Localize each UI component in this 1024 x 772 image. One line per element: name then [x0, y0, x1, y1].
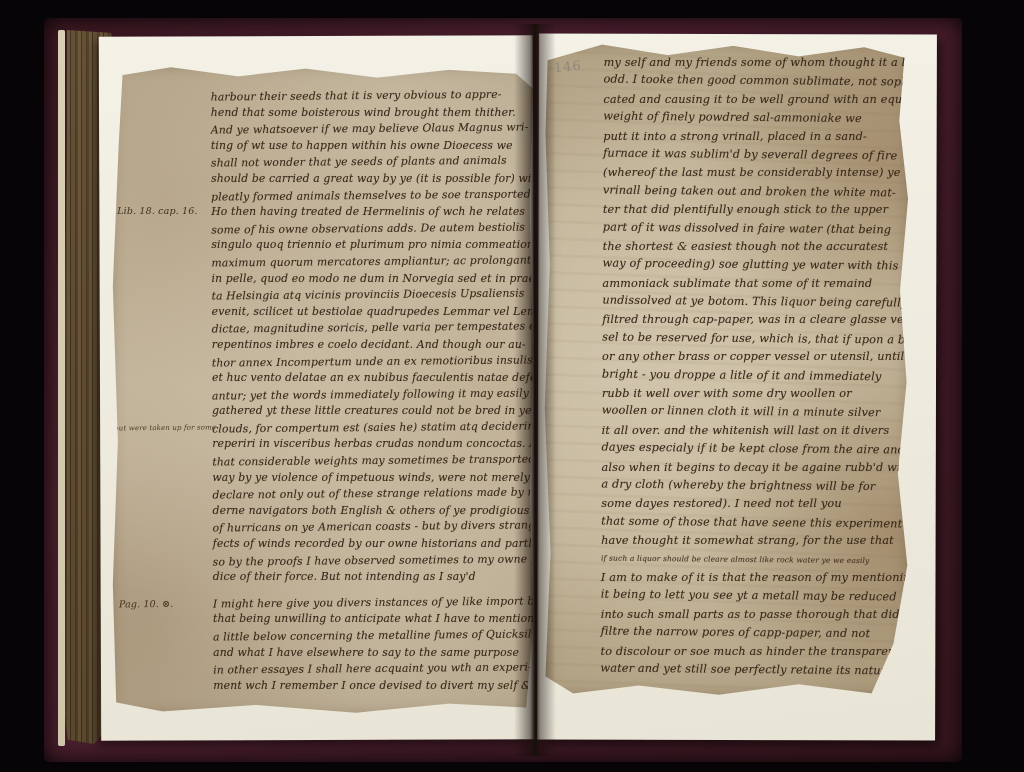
line-text: of hurricans on ye American coasts - but…	[213, 519, 560, 535]
line-text: some of his owne observations adds. De a…	[211, 220, 525, 236]
line-text: a little below concerning the metalline …	[213, 627, 550, 643]
manuscript-line: dice of their force. But not intending a…	[213, 569, 528, 586]
manuscript-line: antur; yet the words immediately followi…	[212, 385, 527, 405]
line-text: weight of finely powdred sal-ammoniake w…	[603, 110, 862, 125]
line-text: also when it begins to decay it be again…	[601, 461, 912, 474]
manuscript-line: a little below concerning the metalline …	[213, 626, 528, 646]
manuscript-line: way of proceeding) soe glutting ye water…	[602, 255, 904, 276]
manuscript-line: Pag. 10. ⊗.I might here give you divers …	[213, 593, 528, 613]
line-text: reperiri in visceribus herbas crudas non…	[212, 437, 551, 450]
manuscript-line: should be carried a great way by ye (it …	[211, 171, 526, 188]
manuscript-line: also when it begins to decay it be again…	[601, 459, 903, 477]
line-text: ter that did plentifully enough stick to…	[603, 203, 888, 216]
manuscript-line: vrinall being taken out and broken the w…	[603, 181, 905, 202]
line-text: in other essayes I shall here acquaint y…	[213, 661, 532, 677]
manuscript-line: rubb it well over with some dry woollen …	[602, 385, 904, 403]
manuscript-line: into such small parts as to passe thorou…	[601, 606, 903, 624]
manuscript-line: that considerable weights may sometimes …	[212, 452, 527, 472]
manuscript-line: if such a liquor should be cleare almost…	[601, 549, 903, 570]
line-text: singulo quoq triennio et plurimum pro ni…	[211, 238, 557, 251]
line-text: shall not wonder that ye seeds of plants…	[211, 154, 507, 170]
manuscript-line: or any other brass or copper vessel or u…	[602, 348, 904, 366]
left-page-text: harbour their seeds that it is very obvi…	[211, 87, 529, 695]
line-text: that being unwilling to anticipate what …	[213, 612, 534, 625]
line-text: And ye whatsoever if we may believe Olau…	[211, 121, 529, 137]
manuscript-line: some dayes restored). I need not tell yo…	[601, 495, 903, 513]
line-text: Ho then having treated de Hermelinis of …	[211, 205, 525, 218]
line-text: it all over. and the whitenish will last…	[602, 424, 890, 437]
line-text: the shortest & easiest though not the ac…	[603, 240, 888, 253]
manuscript-line: (whereof the last must be considerably i…	[603, 164, 905, 182]
line-text: ment wch I remember I once devised to di…	[213, 679, 531, 692]
line-text: have thought it somewhat strang, for the…	[601, 534, 894, 547]
manuscript-line: hend that some boisterous wind brought t…	[211, 105, 526, 122]
line-text: declare not only out of these strange re…	[212, 486, 548, 502]
line-text: way of proceeding) soe glutting ye water…	[602, 257, 898, 273]
line-text: clouds, for compertum est (saies he) sta…	[212, 419, 539, 435]
line-text: maximum quorum mercatores ampliantur; ac…	[211, 253, 543, 269]
manuscript-line: water and yet still soe perfectly retain…	[600, 659, 902, 680]
margin-note: Pag. 10. ⊗.	[119, 597, 174, 614]
manuscript-line: in other essayes I shall here acquaint y…	[213, 660, 528, 680]
line-text: repentinos imbres e coelo decidant. And …	[212, 338, 526, 351]
line-text: dice of their force. But not intending a…	[213, 570, 476, 583]
line-text: vrinall being taken out and broken the w…	[603, 183, 896, 199]
line-text: and what I have elsewhere to say to the …	[213, 646, 519, 659]
manuscript-line: reperiri in visceribus herbas crudas non…	[212, 436, 527, 453]
line-text: I might here give you divers instances o…	[213, 594, 546, 610]
line-text: in pelle, quod eo modo ne dum in Norvegi…	[212, 272, 556, 285]
manuscript-line: singulo quoq triennio et plurimum pro ni…	[211, 237, 526, 254]
line-text: that some of those that have seene this …	[601, 514, 902, 530]
line-text: dayes especialy if it be kept close from…	[602, 441, 906, 457]
line-text: so by the proofs I have observed sometim…	[213, 552, 565, 568]
line-text: ammoniack sublimate that some of it rema…	[602, 277, 872, 290]
line-text: thor annex Incompertum unde an ex remoti…	[212, 353, 533, 369]
line-text: my self and my friends some of whom thou…	[604, 56, 925, 69]
line-text: it being to lett you see yt a metall may…	[601, 588, 897, 604]
left-manuscript-leaf: harbour their seeds that it is very obvi…	[112, 66, 533, 714]
line-text: I am to make of it is that the reason of…	[601, 571, 918, 584]
manuscript-line: filtred through cap-paper, was in a clea…	[602, 311, 904, 329]
line-text: woollen or linnen cloth it will in a min…	[602, 404, 881, 420]
manuscript-line: ammoniack sublimate that some of it rema…	[602, 275, 904, 293]
manuscript-line: have thought it somewhat strang, for the…	[601, 532, 903, 550]
manuscript-line: way by ye violence of impetuous winds, w…	[212, 470, 527, 487]
manuscript-line: and what I have elsewhere to say to the …	[213, 645, 528, 662]
manuscript-line: ter that did plentifully enough stick to…	[603, 201, 905, 219]
right-page-text: my self and my friends some of whom thou…	[600, 53, 905, 680]
manuscript-line: some of his owne observations adds. De a…	[211, 219, 526, 239]
line-text: odd. I tooke then good common sublimate,…	[603, 73, 930, 89]
line-text: ta Helsingia atq vicinis provinciis Dioe…	[212, 287, 525, 303]
manuscript-line: ting of wt use to happen within his owne…	[211, 138, 526, 155]
gutter-shadow	[514, 24, 556, 756]
line-text: if such a liquor should be cleare almost…	[601, 553, 870, 565]
manuscript-line: maximum quorum mercatores ampliantur; ac…	[211, 252, 526, 272]
line-text: into such small parts as to passe thorou…	[601, 608, 900, 621]
right-manuscript-leaf: 146 my self and my friends some of whom …	[544, 42, 908, 696]
manuscript-line: undissolved at ye botom. This liquor bei…	[602, 292, 904, 313]
manuscript-line: dayes especialy if it be kept close from…	[601, 439, 903, 460]
manuscript-line: of hurricans on ye American coasts - but…	[213, 518, 528, 538]
manuscript-line: that being unwilling to anticipate what …	[213, 611, 528, 628]
manuscript-line: Lib. 18. cap. 16.Ho then having treated …	[211, 204, 526, 221]
line-text: part of it was dissolved in faire water …	[603, 220, 892, 236]
line-text: furnace it was sublim'd by severall degr…	[603, 147, 897, 163]
manuscript-line: pleatly formed animals themselves to be …	[211, 186, 526, 206]
line-text: (whereof the last must be considerably i…	[603, 166, 901, 179]
manuscript-line: woollen or linnen cloth it will in a min…	[602, 402, 904, 423]
margin-note: but were taken up for some	[114, 419, 216, 437]
line-text: antur; yet the words immediately followi…	[212, 386, 546, 402]
manuscript-line: ment wch I remember I once devised to di…	[213, 678, 528, 695]
folio-number: 146	[553, 59, 582, 77]
manuscript-line: And ye whatsoever if we may believe Olau…	[211, 120, 526, 140]
manuscript-line: part of it was dissolved in faire water …	[603, 218, 905, 239]
line-text: filtre the narrow pores of capp-paper, a…	[601, 625, 871, 641]
manuscript-line: my self and my friends some of whom thou…	[604, 54, 906, 72]
manuscript-line: to discolour or soe much as hinder the t…	[601, 642, 903, 660]
manuscript-line: dictae, magnitudine soricis, pelle varia…	[212, 319, 527, 339]
manuscript-line: gathered yt these little creatures could…	[212, 403, 527, 420]
line-text: harbour their seeds that it is very obvi…	[211, 88, 502, 104]
manuscript-line: bright - you droppe a litle of it and im…	[602, 365, 904, 386]
line-text: some dayes restored). I need not tell yo…	[601, 497, 842, 510]
line-text: dictae, magnitudine soricis, pelle varia…	[212, 320, 540, 336]
manuscript-line: fects of winds recorded by our owne hist…	[213, 536, 528, 553]
line-text: et huc vento delatae an ex nubibus faecu…	[212, 371, 546, 384]
line-text: bright - you droppe a litle of it and im…	[602, 367, 882, 383]
manuscript-line: weight of finely powdred sal-ammoniake w…	[603, 108, 905, 129]
line-text: cated and causing it to be well ground w…	[603, 93, 916, 106]
manuscript-line: shall not wonder that ye seeds of plants…	[211, 153, 526, 173]
manuscript-line: in pelle, quod eo modo ne dum in Norvegi…	[212, 271, 527, 288]
photo-background: harbour their seeds that it is very obvi…	[0, 0, 1024, 772]
line-text: ting of wt use to happen within his owne…	[211, 139, 513, 152]
manuscript-line: I am to make of it is that the reason of…	[601, 569, 903, 587]
manuscript-line: sel to be reserved for use, which is, th…	[602, 328, 904, 349]
line-text: putt it into a strong vrinall, placed in…	[603, 130, 867, 143]
manuscript-line: a dry cloth (whereby the brightness will…	[601, 476, 903, 497]
manuscript-line: the shortest & easiest though not the ac…	[603, 238, 905, 256]
line-text: evenit, scilicet ut bestiolae quadrupede…	[212, 305, 561, 318]
manuscript-line: so by the proofs I have observed sometim…	[213, 551, 528, 571]
line-text: pleatly formed animals themselves to be …	[211, 187, 531, 203]
line-text: undissolved at ye botom. This liquor bei…	[602, 294, 907, 310]
manuscript-line: et huc vento delatae an ex nubibus faecu…	[212, 370, 527, 387]
manuscript-line: harbour their seeds that it is very obvi…	[211, 86, 526, 106]
line-text: fects of winds recorded by our owne hist…	[213, 537, 556, 550]
manuscript-line: that some of those that have seene this …	[601, 512, 903, 533]
line-text: filtred through cap-paper, was in a clea…	[602, 313, 913, 326]
line-text: rubb it well over with some dry woollen …	[602, 387, 852, 400]
manuscript-line: repentinos imbres e coelo decidant. And …	[212, 337, 527, 354]
manuscript-line: it all over. and the whitenish will last…	[602, 422, 904, 440]
margin-note: Lib. 18. cap. 16.	[117, 204, 197, 221]
manuscript-line: cated and causing it to be well ground w…	[603, 91, 905, 109]
line-text: gathered yt these little creatures could…	[212, 404, 532, 417]
manuscript-line: ta Helsingia atq vicinis provinciis Dioe…	[212, 286, 527, 306]
line-text: a dry cloth (whereby the brightness will…	[601, 478, 875, 494]
manuscript-line: putt it into a strong vrinall, placed in…	[603, 128, 905, 146]
manuscript-line: filtre the narrow pores of capp-paper, a…	[601, 623, 903, 644]
manuscript-line: furnace it was sublim'd by severall degr…	[603, 145, 905, 166]
line-text: hend that some boisterous wind brought t…	[211, 106, 516, 119]
manuscript-line: evenit, scilicet ut bestiolae quadrupede…	[212, 304, 527, 321]
manuscript-line: declare not only out of these strange re…	[212, 485, 527, 505]
manuscript-line: thor annex Incompertum unde an ex remoti…	[212, 352, 527, 372]
line-text: water and yet still soe perfectly retain…	[600, 661, 897, 677]
cover-inner-edge	[58, 30, 65, 746]
manuscript-line: it being to lett you see yt a metall may…	[601, 586, 903, 607]
manuscript-line: odd. I tooke then good common sublimate,…	[603, 71, 905, 92]
